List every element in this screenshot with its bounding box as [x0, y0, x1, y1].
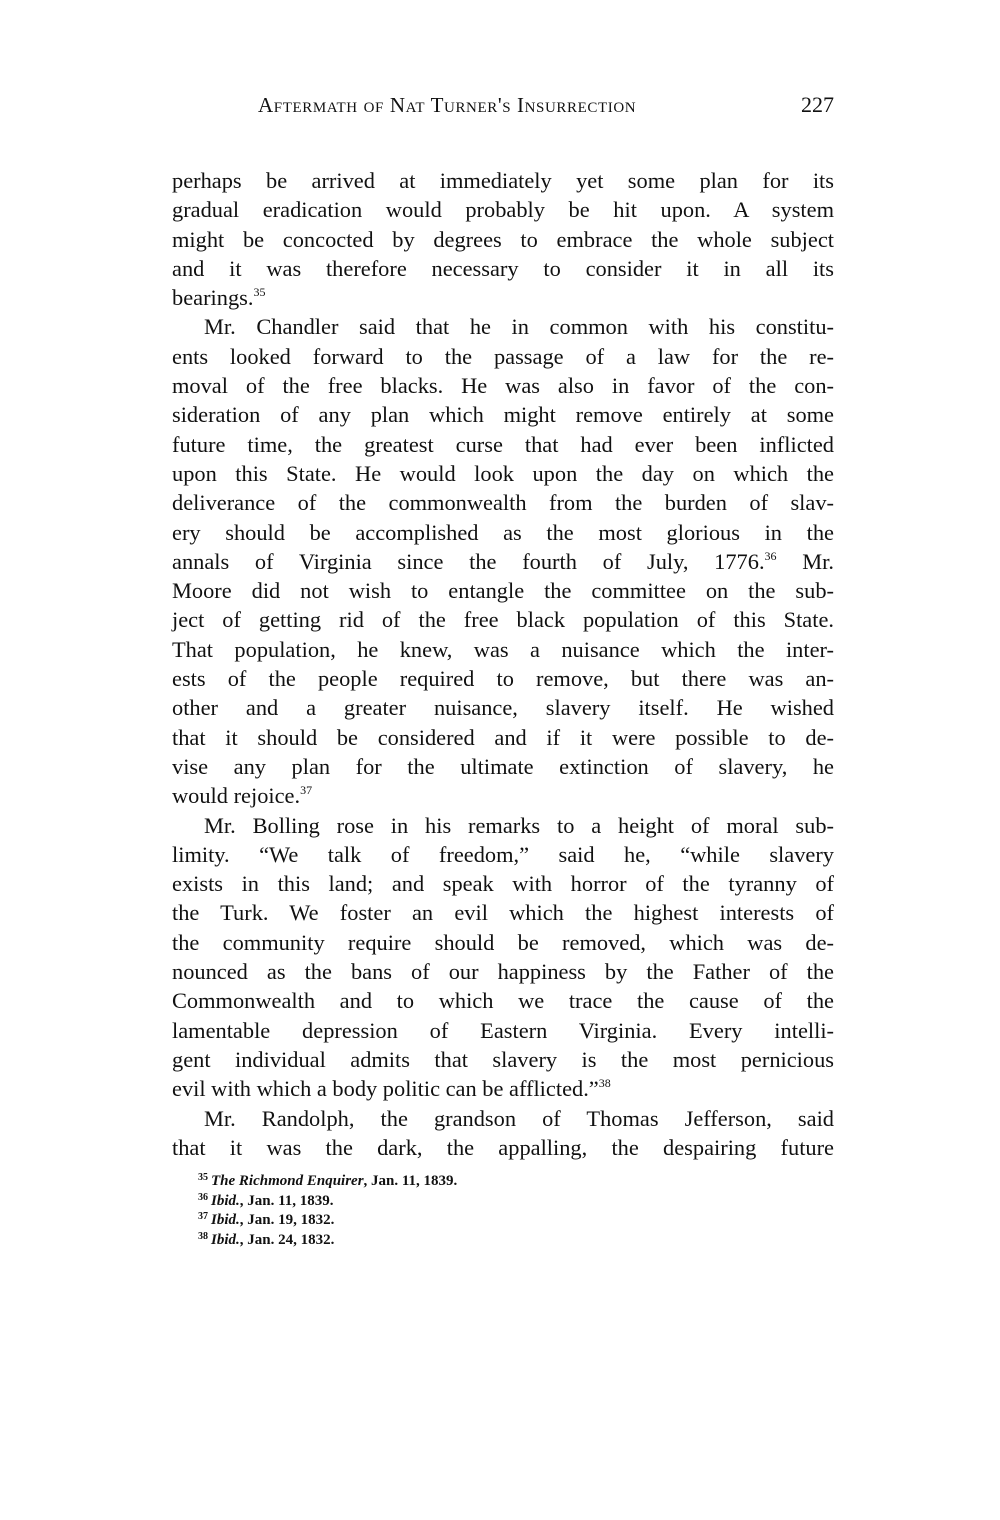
- footnote-date: , Jan. 19, 1832.: [240, 1212, 335, 1228]
- footnote-ref[interactable]: 38: [599, 1076, 611, 1090]
- book-page: Aftermath of Nat Turner's Insurrection 2…: [0, 0, 1000, 1520]
- footnote-mark: 35: [198, 1172, 208, 1183]
- text-line: gent individual admits that slavery is t…: [172, 1045, 834, 1074]
- text-line: ests of the people required to remove, b…: [172, 664, 834, 693]
- footnote-38: 38Ibid., Jan. 24, 1832.: [198, 1231, 457, 1251]
- text-line: evil with which a body politic can be af…: [172, 1074, 834, 1103]
- footnote-date: , Jan. 24, 1832.: [240, 1232, 335, 1248]
- footnote-mark: 37: [198, 1211, 208, 1222]
- text-line: sideration of any plan which might remov…: [172, 400, 834, 429]
- text-line: that it should be considered and if it w…: [172, 723, 834, 752]
- text-line: annals of Virginia since the fourth of J…: [172, 547, 834, 576]
- footnote-source-title: The Richmond Enquirer: [211, 1173, 364, 1189]
- text-line: exists in this land; and speak with horr…: [172, 869, 834, 898]
- text-line: ery should be accomplished as the most g…: [172, 518, 834, 547]
- text-line: bearings.35: [172, 283, 834, 312]
- paragraph-chandler: Mr. Chandler said that he in common with…: [172, 312, 834, 810]
- footnote-ref[interactable]: 36: [765, 549, 777, 563]
- text-line: Moore did not wish to entangle the commi…: [172, 576, 834, 605]
- running-head: Aftermath of Nat Turner's Insurrection 2…: [172, 90, 834, 120]
- paragraph-continuation: perhaps be arrived at immediately yet so…: [172, 166, 834, 312]
- footnote-35: 35The Richmond Enquirer, Jan. 11, 1839.: [198, 1172, 457, 1192]
- footnote-date: , Jan. 11, 1839.: [364, 1173, 458, 1189]
- footnote-ref[interactable]: 35: [253, 285, 265, 299]
- footnote-ref[interactable]: 37: [300, 783, 312, 797]
- paragraph-randolph: Mr. Randolph, the grandson of Thomas Jef…: [172, 1104, 834, 1163]
- footnote-37: 37Ibid., Jan. 19, 1832.: [198, 1211, 457, 1231]
- footnote-source-title: Ibid.: [211, 1193, 240, 1209]
- text-line: That population, he knew, was a nuisance…: [172, 635, 834, 664]
- page-number: 227: [801, 90, 834, 120]
- footnote-source-title: Ibid.: [211, 1232, 240, 1248]
- text-line: vise any plan for the ultimate extinctio…: [172, 752, 834, 781]
- footnote-date: , Jan. 11, 1839.: [240, 1193, 334, 1209]
- text-line: Mr. Randolph, the grandson of Thomas Jef…: [172, 1104, 834, 1133]
- text-line: gradual eradication would probably be hi…: [172, 195, 834, 224]
- text-line: lamentable depression of Eastern Virgini…: [172, 1016, 834, 1045]
- text-line: deliverance of the commonwealth from the…: [172, 488, 834, 517]
- body-text: perhaps be arrived at immediately yet so…: [172, 166, 834, 1162]
- text-line: would rejoice.37: [172, 781, 834, 810]
- text-line: nounced as the bans of our happiness by …: [172, 957, 834, 986]
- text-line: the Turk. We foster an evil which the hi…: [172, 898, 834, 927]
- text-line: other and a greater nuisance, slavery it…: [172, 693, 834, 722]
- text-line: upon this State. He would look upon the …: [172, 459, 834, 488]
- text-line: might be concocted by degrees to embrace…: [172, 225, 834, 254]
- text-line: limity. “We talk of freedom,” said he, “…: [172, 840, 834, 869]
- text-line: moval of the free blacks. He was also in…: [172, 371, 834, 400]
- paragraph-bolling: Mr. Bolling rose in his remarks to a hei…: [172, 811, 834, 1104]
- footnote-source-title: Ibid.: [211, 1212, 240, 1228]
- footnote-36: 36Ibid., Jan. 11, 1839.: [198, 1192, 457, 1212]
- text-line: future time, the greatest curse that had…: [172, 430, 834, 459]
- text-line: that it was the dark, the appalling, the…: [172, 1133, 834, 1162]
- running-title: Aftermath of Nat Turner's Insurrection: [258, 90, 636, 120]
- text-line: Mr. Chandler said that he in common with…: [172, 312, 834, 341]
- footnote-mark: 36: [198, 1192, 208, 1203]
- text-line: Commonwealth and to which we trace the c…: [172, 986, 834, 1015]
- footnote-mark: 38: [198, 1231, 208, 1242]
- text-line: and it was therefore necessary to consid…: [172, 254, 834, 283]
- text-line: ents looked forward to the passage of a …: [172, 342, 834, 371]
- text-line: the community require should be removed,…: [172, 928, 834, 957]
- footnotes: 35The Richmond Enquirer, Jan. 11, 1839. …: [198, 1172, 457, 1250]
- text-line: perhaps be arrived at immediately yet so…: [172, 166, 834, 195]
- text-line: Mr. Bolling rose in his remarks to a hei…: [172, 811, 834, 840]
- text-line: ject of getting rid of the free black po…: [172, 605, 834, 634]
